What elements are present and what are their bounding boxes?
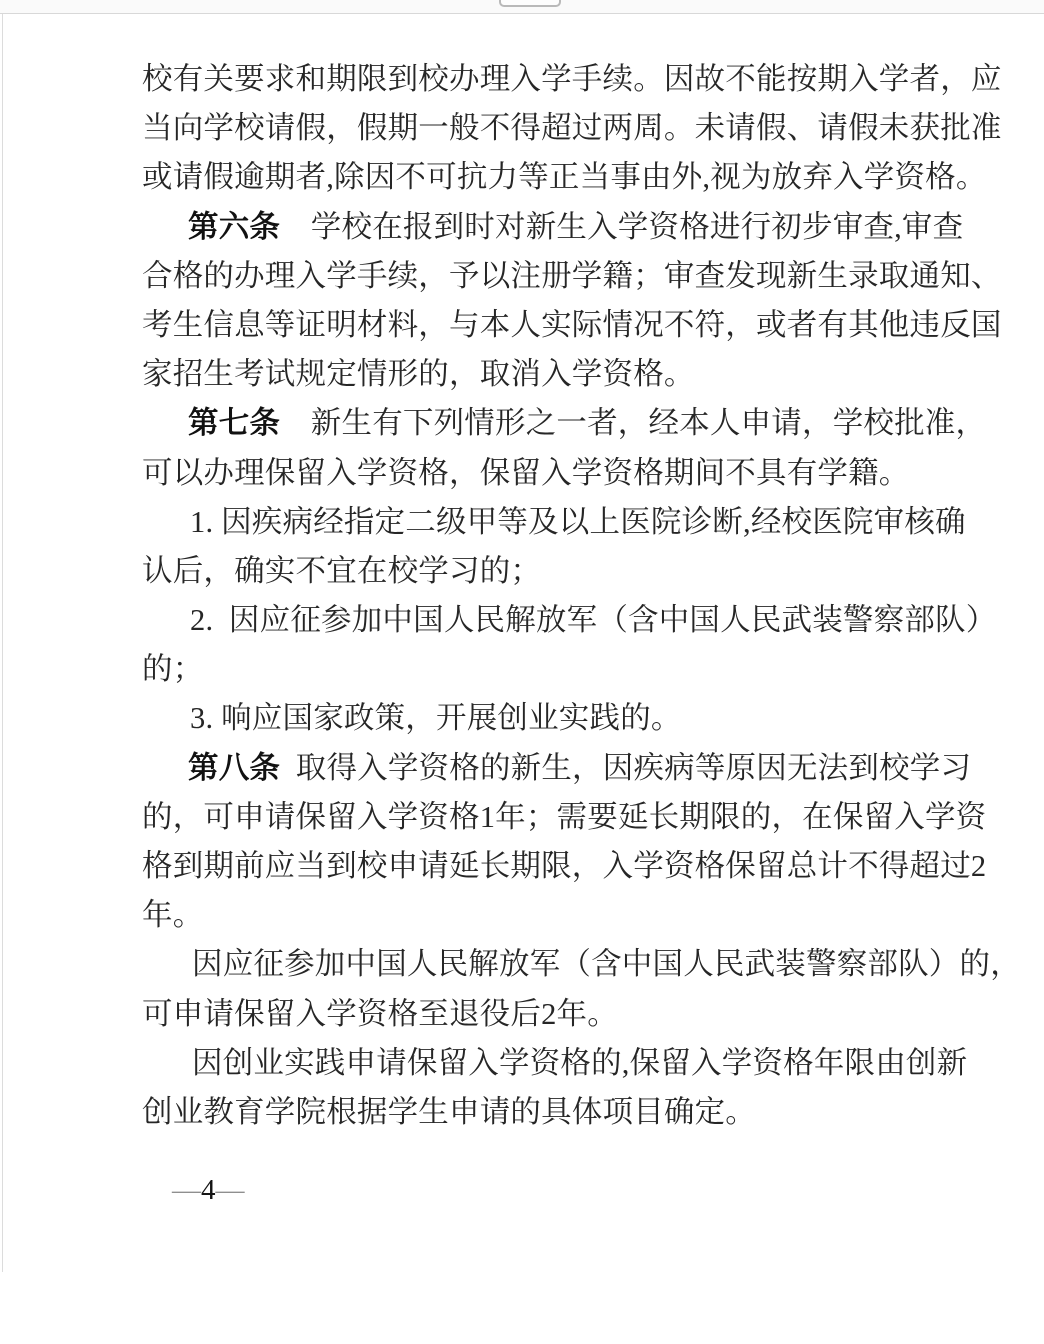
line-text: 的，可申请保留入学资格1年；需要延长期限的，在保留入学资 [142, 800, 986, 834]
text-line: 第六条 学校在报到时对新生入学资格进行初步审查,审查 [142, 203, 952, 252]
line-text: 可以办理保留入学资格，保留入学资格期间不具有学籍。 [142, 456, 910, 490]
line-text: 新生有下列情形之一者，经本人申请，学校批准， [280, 406, 986, 440]
line-text: 年。 [142, 898, 203, 932]
text-line: 合格的办理入学手续，予以注册学籍；审查发现新生录取通知、 [142, 252, 952, 301]
line-text: 或请假逾期者,除因不可抗力等正当事由外,视为放弃入学资格。 [142, 160, 987, 194]
line-text: 1. 因疾病经指定二级甲等及以上医院诊断,经校医院审核确 [190, 505, 966, 539]
line-text: 取得入学资格的新生，因疾病等原因无法到校学习 [280, 751, 971, 785]
page-number-value: 4 [201, 1174, 216, 1206]
document-text: 校有关要求和期限到校办理入学手续。因故不能按期入学者，应当向学校请假，假期一般不… [142, 55, 952, 1137]
line-text: 校有关要求和期限到校办理入学手续。因故不能按期入学者，应 [142, 62, 1002, 96]
text-line: 的，可申请保留入学资格1年；需要延长期限的，在保留入学资 [142, 793, 952, 842]
text-line: 1. 因疾病经指定二级甲等及以上医院诊断,经校医院审核确 [142, 498, 952, 547]
line-text: 当向学校请假，假期一般不得超过两周。未请假、请假未获批准 [142, 111, 1002, 145]
line-text: 考生信息等证明材料，与本人实际情况不符，或者有其他违反国 [142, 308, 1002, 342]
line-text: 因应征参加中国人民解放军（含中国人民武装警察部队）的， [192, 947, 1021, 981]
line-text: 认后，确实不宜在校学习的； [142, 554, 541, 588]
line-text: 家招生考试规定情形的，取消入学资格。 [142, 357, 695, 391]
text-line: 创业教育学院根据学生申请的具体项目确定。 [142, 1088, 952, 1137]
line-text: 的； [142, 652, 203, 686]
page-number-dash-right: — [216, 1174, 245, 1206]
text-line: 或请假逾期者,除因不可抗力等正当事由外,视为放弃入学资格。 [142, 153, 952, 202]
text-line: 校有关要求和期限到校办理入学手续。因故不能按期入学者，应 [142, 55, 952, 104]
line-text: 因创业实践申请保留入学资格的,保留入学资格年限由创新 [192, 1046, 967, 1080]
text-line: 年。 [142, 891, 952, 940]
line-text: 创业教育学院根据学生申请的具体项目确定。 [142, 1095, 756, 1129]
text-line: 因应征参加中国人民解放军（含中国人民武装警察部队）的， [142, 940, 952, 989]
line-text: 可申请保留入学资格至退役后2年。 [142, 997, 618, 1031]
text-line: 可申请保留入学资格至退役后2年。 [142, 990, 952, 1039]
text-line: 家招生考试规定情形的，取消入学资格。 [142, 350, 952, 399]
page-left-edge [2, 14, 3, 1272]
text-line: 第八条 取得入学资格的新生，因疾病等原因无法到校学习 [142, 744, 952, 793]
text-line: 的； [142, 645, 952, 694]
line-text: 格到期前应当到校申请延长期限，入学资格保留总计不得超过2 [142, 849, 986, 883]
text-line: 考生信息等证明材料，与本人实际情况不符，或者有其他违反国 [142, 301, 952, 350]
page-number: —4— [172, 1170, 245, 1210]
line-text: 合格的办理入学手续，予以注册学籍；审查发现新生录取通知、 [142, 259, 1002, 293]
page-number-dash-left: — [172, 1174, 201, 1206]
text-line: 可以办理保留入学资格，保留入学资格期间不具有学籍。 [142, 449, 952, 498]
text-line: 当向学校请假，假期一般不得超过两周。未请假、请假未获批准 [142, 104, 952, 153]
text-line: 3. 响应国家政策，开展创业实践的。 [142, 694, 952, 743]
article-label: 第七条 [188, 406, 280, 440]
text-line: 因创业实践申请保留入学资格的,保留入学资格年限由创新 [142, 1039, 952, 1088]
line-text: 2. 因应征参加中国人民解放军（含中国人民武装警察部队） [190, 603, 996, 637]
text-line: 2. 因应征参加中国人民解放军（含中国人民武装警察部队） [142, 596, 952, 645]
article-label: 第八条 [188, 751, 280, 785]
text-line: 格到期前应当到校申请延长期限，入学资格保留总计不得超过2 [142, 842, 952, 891]
line-text: 3. 响应国家政策，开展创业实践的。 [190, 701, 682, 735]
line-text: 学校在报到时对新生入学资格进行初步审查,审查 [280, 210, 963, 244]
text-line: 第七条 新生有下列情形之一者，经本人申请，学校批准， [142, 399, 952, 448]
collapsed-scroll-tab[interactable] [499, 0, 561, 7]
article-label: 第六条 [188, 210, 280, 244]
text-line: 认后，确实不宜在校学习的； [142, 547, 952, 596]
